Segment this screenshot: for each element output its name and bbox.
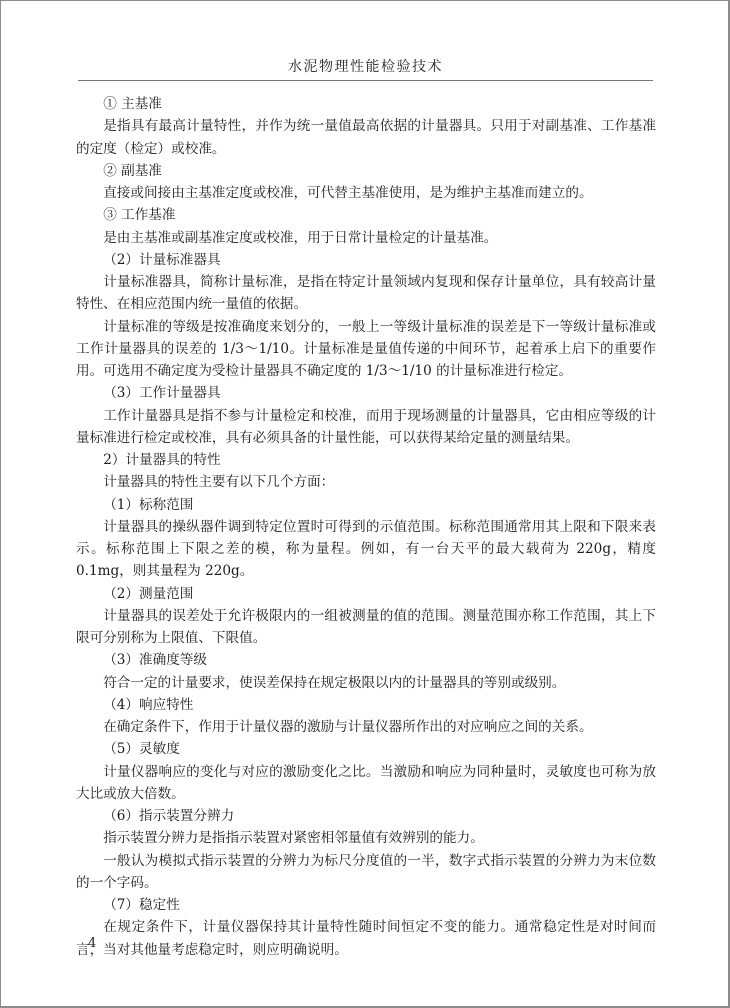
subheading-response-characteristic: （4）响应特性 (76, 694, 656, 716)
paragraph: 是由主基准或副基准定度或校准，用于日常计量检定的计量基准。 (76, 227, 656, 249)
subheading-sensitivity: （5）灵敏度 (76, 738, 656, 760)
subheading-secondary-standard: ② 副基准 (76, 160, 656, 182)
paragraph: 工作计量器具是指不参与计量检定和校准，而用于现场测量的计量器具，它由相应等级的计… (76, 405, 656, 450)
paragraph: 是指具有最高计量特性，并作为统一量值最高依据的计量器具。只用于对副基准、工作基准… (76, 115, 656, 160)
section-heading-instrument-characteristics: 2）计量器具的特性 (76, 449, 656, 471)
subheading-stability: （7）稳定性 (76, 894, 656, 916)
paragraph: 一般认为模拟式指示装置的分辨力为标尺分度值的一半，数字式指示装置的分辨力为末位数… (76, 850, 656, 895)
paragraph: 计量器具的误差处于允许极限内的一组被测量的值的范围。测量范围亦称工作范围，其上下… (76, 605, 656, 650)
subheading-measurement-standards: （2）计量标准器具 (76, 249, 656, 271)
subheading-accuracy-class: （3）准确度等级 (76, 649, 656, 671)
paragraph: 计量标准的等级是按准确度来划分的，一般上一等级计量标准的误差是下一等级计量标准或… (76, 316, 656, 383)
paragraph: 计量标准器具，简称计量标准，是指在特定计量领域内复现和保存计量单位，具有较高计量… (76, 271, 656, 316)
body-text: ① 主基准 是指具有最高计量特性，并作为统一量值最高依据的计量器具。只用于对副基… (76, 93, 656, 961)
subheading-nominal-range: （1）标称范围 (76, 494, 656, 516)
paragraph: 在确定条件下，作用于计量仪器的激励与计量仪器所作出的对应响应之间的关系。 (76, 716, 656, 738)
subheading-working-instruments: （3）工作计量器具 (76, 382, 656, 404)
running-head: 水泥物理性能检验技术 (78, 56, 653, 76)
paragraph: 计量器具的操纵器件调到特定位置时可得到的示值范围。标称范围通常用其上限和下限来表… (76, 516, 656, 583)
subheading-working-standard: ③ 工作基准 (76, 204, 656, 226)
paragraph: 计量仪器响应的变化与对应的激励变化之比。当激励和响应为同种量时，灵敏度也可称为放… (76, 761, 656, 806)
paragraph: 直接或间接由主基准定度或校准，可代替主基准使用，是为维护主基准而建立的。 (76, 182, 656, 204)
subheading-resolution: （6）指示装置分辨力 (76, 805, 656, 827)
header-rule (78, 80, 653, 81)
subheading-primary-standard: ① 主基准 (76, 93, 656, 115)
paragraph: 计量器具的特性主要有以下几个方面： (76, 471, 656, 493)
paragraph: 指示装置分辨力是指指示装置对紧密相邻量值有效辨别的能力。 (76, 827, 656, 849)
page-number: 4 (88, 936, 96, 951)
paragraph: 符合一定的计量要求，使误差保持在规定极限以内的计量器具的等别或级别。 (76, 672, 656, 694)
subheading-measuring-range: （2）测量范围 (76, 583, 656, 605)
paragraph: 在规定条件下，计量仪器保持其计量特性随时间恒定不变的能力。通常稳定性是对时间而言… (76, 916, 656, 961)
